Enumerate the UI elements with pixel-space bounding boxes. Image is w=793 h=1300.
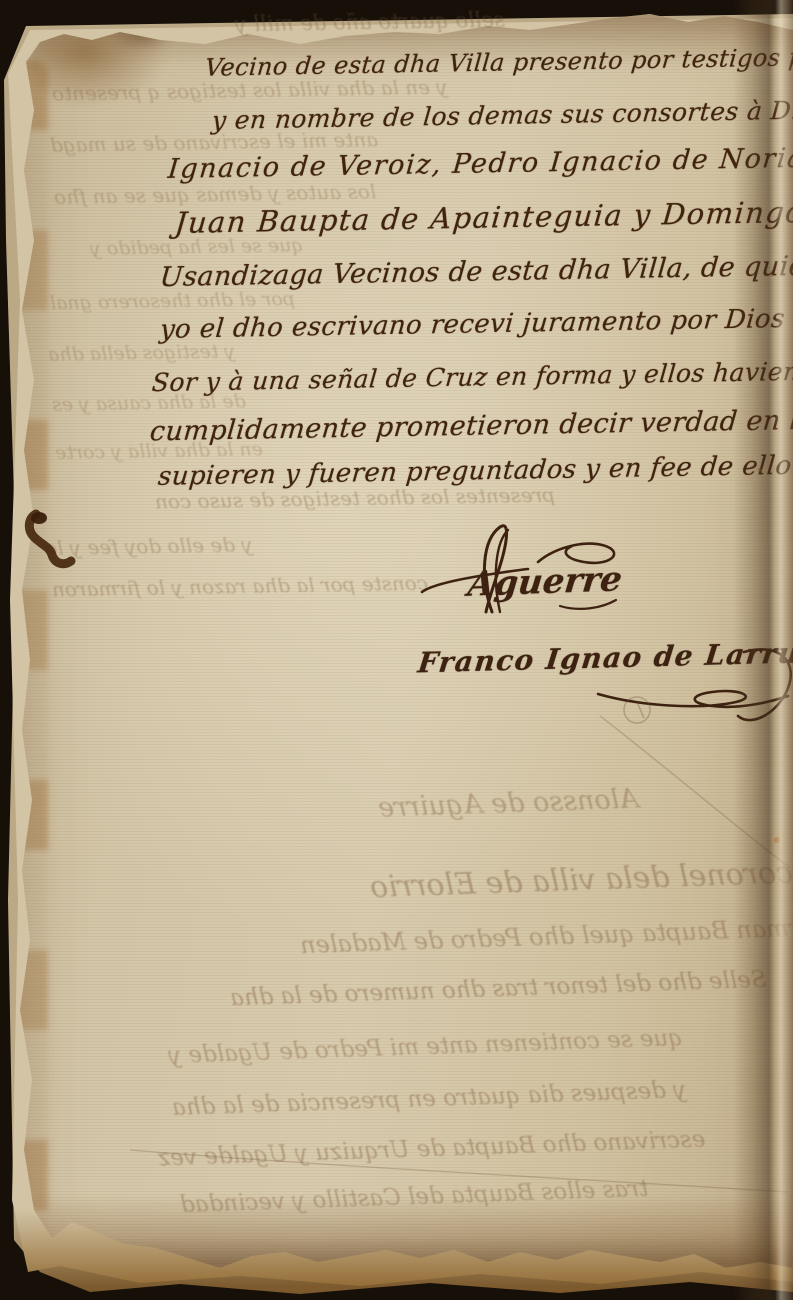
manuscript-photo: sello quarto año de mill y y en la dha v… xyxy=(0,0,793,1300)
show-through-line: y de ello doy fee y lo xyxy=(45,532,253,560)
show-through-line: sello quarto año de mill y xyxy=(235,8,505,37)
binding-gutter-shadow xyxy=(733,0,793,1300)
signature-aguerre: Aguerre xyxy=(466,559,624,605)
show-through-line: y testigos della dha xyxy=(48,340,236,365)
